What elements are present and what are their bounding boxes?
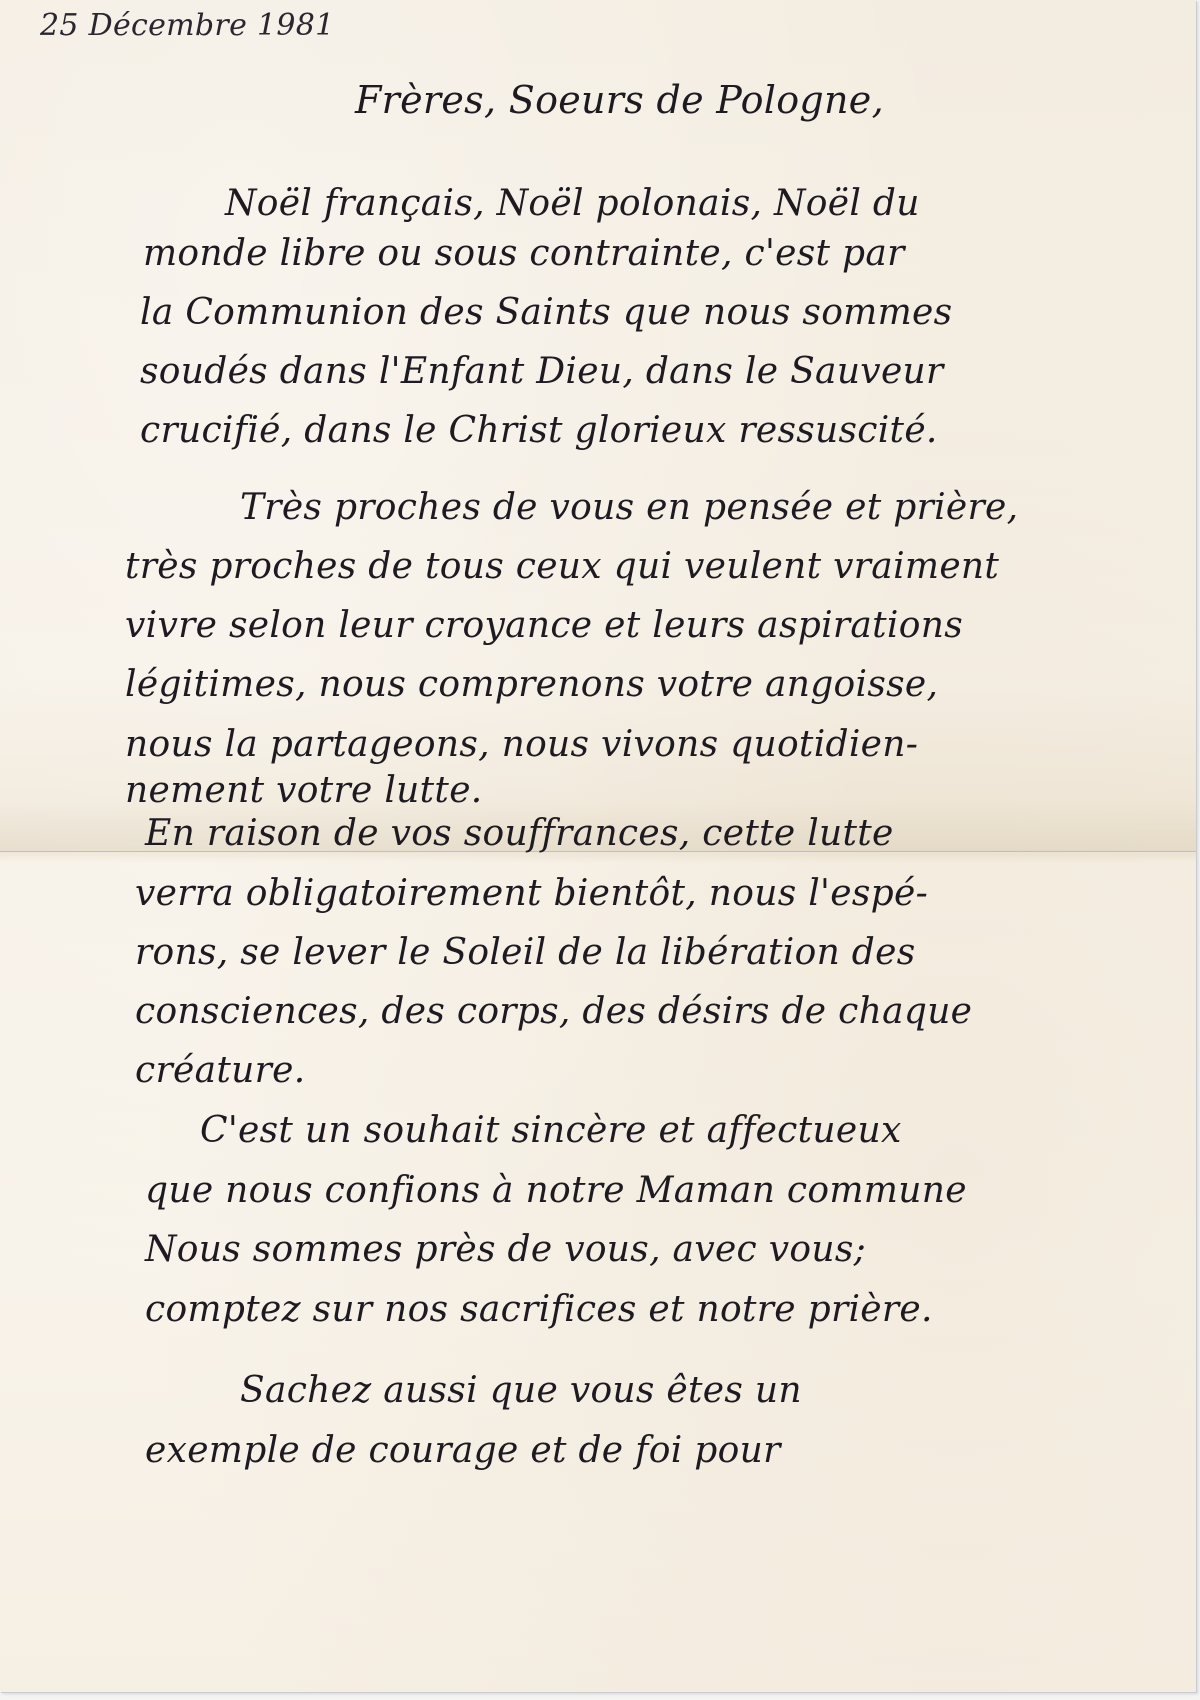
letter-line: C'est un souhait sincère et affectueux <box>200 1110 902 1151</box>
letter-line: créature. <box>135 1050 305 1091</box>
letter-line: comptez sur nos sacrifices et notre priè… <box>145 1289 933 1330</box>
letter-line: légitimes, nous comprenons votre angoiss… <box>125 664 938 705</box>
letter-line: très proches de tous ceux qui veulent vr… <box>125 546 999 587</box>
letter-line: Noël français, Noël polonais, Noël du <box>225 183 920 224</box>
letter-line: verra obligatoirement bientôt, nous l'es… <box>135 873 928 914</box>
letter-line: rons, se lever le Soleil de la libératio… <box>135 932 916 973</box>
letter-line: En raison de vos souffrances, cette lutt… <box>145 813 894 854</box>
letter-line: Très proches de vous en pensée et prière… <box>240 487 1018 528</box>
letter-line: nous la partageons, nous vivons quotidie… <box>125 724 918 765</box>
letter-line: nement votre lutte. <box>125 770 483 811</box>
letter-line: vivre selon leur croyance et leurs aspir… <box>125 605 963 646</box>
letter-date: 25 Décembre 1981 <box>40 8 335 43</box>
letter-line: soudés dans l'Enfant Dieu, dans le Sauve… <box>140 351 944 392</box>
letter-salutation: Frères, Soeurs de Pologne, <box>355 78 884 122</box>
letter-line: monde libre ou sous contrainte, c'est pa… <box>143 233 905 274</box>
letter-line: Sachez aussi que vous êtes un <box>240 1370 802 1411</box>
letter-line: exemple de courage et de foi pour <box>145 1430 781 1471</box>
letter-page: 25 Décembre 1981 Frères, Soeurs de Polog… <box>0 0 1196 1692</box>
letter-line: Nous sommes près de vous, avec vous; <box>145 1229 866 1270</box>
letter-line: que nous confions à notre Maman commune <box>145 1170 967 1211</box>
letter-line: crucifié, dans le Christ glorieux ressus… <box>140 410 938 451</box>
letter-line: consciences, des corps, des désirs de ch… <box>135 991 972 1032</box>
letter-line: la Communion des Saints que nous sommes <box>140 292 952 333</box>
